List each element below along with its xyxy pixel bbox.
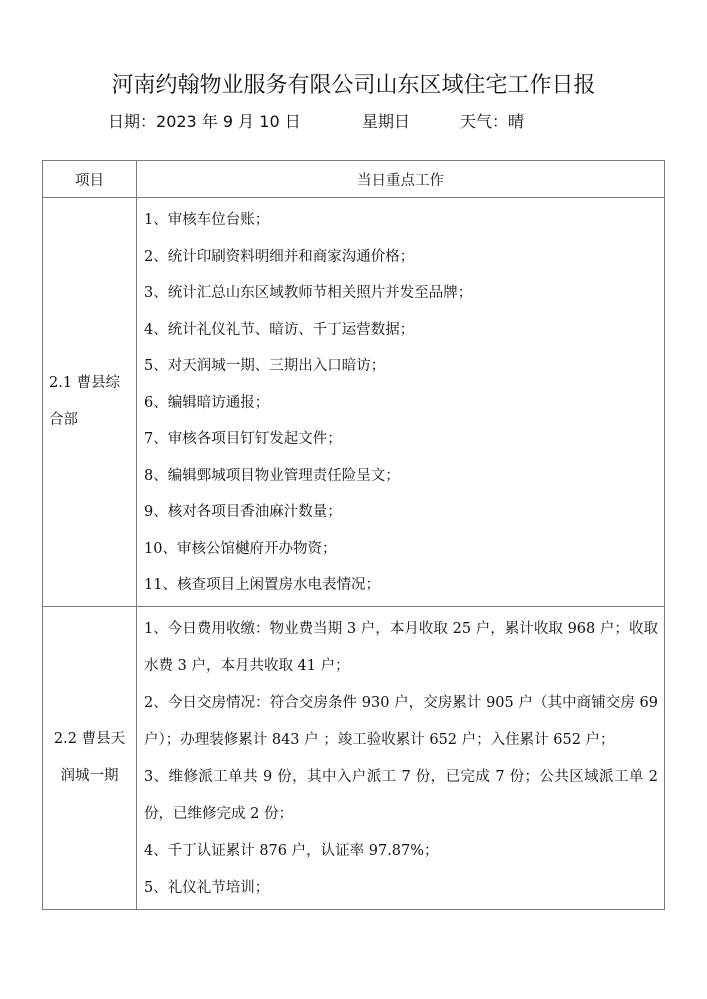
report-date: 日期：2023 年 9 月 10 日 bbox=[108, 109, 362, 132]
work-item: 6、编辑暗访通报； bbox=[144, 385, 664, 422]
work-item: 3、统计汇总山东区域教师节相关照片并发至品牌； bbox=[144, 275, 664, 312]
column-header-work: 当日重点工作 bbox=[137, 161, 665, 198]
project-cell: 2.1 曹县综合部 bbox=[43, 198, 137, 607]
work-item: 2、统计印刷资料明细并和商家沟通价格； bbox=[144, 239, 664, 276]
work-item: 4、千丁认证累计 876 户，认证率 97.87%； bbox=[144, 833, 664, 870]
report-title: 河南约翰物业服务有限公司山东区域住宅工作日报 bbox=[0, 68, 707, 99]
work-item: 5、礼仪礼节培训； bbox=[144, 870, 664, 907]
work-item: 5、对天润城一期、三期出入口暗访； bbox=[144, 348, 664, 385]
weather-label: 天气： bbox=[460, 112, 508, 131]
report-meta: 日期：2023 年 9 月 10 日 星期日 天气：晴 bbox=[108, 109, 524, 132]
work-item: 7、审核各项目钉钉发起文件； bbox=[144, 421, 664, 458]
work-item: 8、编辑鄄城项目物业管理责任险呈文； bbox=[144, 458, 664, 495]
report-weekday: 星期日 bbox=[362, 109, 460, 132]
table-row-section-1: 2.1 曹县综合部 1、审核车位台账； 2、统计印刷资料明细并和商家沟通价格； … bbox=[43, 198, 665, 607]
work-item: 11、核查项目上闲置房水电表情况； bbox=[144, 567, 664, 604]
date-label: 日期： bbox=[108, 112, 156, 131]
work-cell: 1、今日费用收缴：物业费当期 3 户，本月收取 25 户，累计收取 968 户；… bbox=[137, 606, 665, 909]
work-item: 4、统计礼仪礼节、暗访、千丁运营数据； bbox=[144, 312, 664, 349]
work-item: 9、核对各项目香油麻汁数量； bbox=[144, 494, 664, 531]
project-cell: 2.2 曹县天润城一期 bbox=[43, 606, 137, 909]
work-item: 3、维修派工单共 9 份，其中入户派工 7 份，已完成 7 份；公共区域派工单 … bbox=[144, 759, 664, 833]
daily-report-table: 项目 当日重点工作 2.1 曹县综合部 1、审核车位台账； 2、统计印刷资料明细… bbox=[42, 160, 665, 910]
work-item: 2、今日交房情况：符合交房条件 930 户，交房累计 905 户（其中商铺交房 … bbox=[144, 685, 664, 759]
work-item: 1、今日费用收缴：物业费当期 3 户，本月收取 25 户，累计收取 968 户；… bbox=[144, 611, 664, 685]
report-weather: 天气：晴 bbox=[460, 109, 524, 132]
work-item: 10、审核公馆樾府开办物资； bbox=[144, 531, 664, 568]
table-row-section-2: 2.2 曹县天润城一期 1、今日费用收缴：物业费当期 3 户，本月收取 25 户… bbox=[43, 606, 665, 909]
column-header-project: 项目 bbox=[43, 161, 137, 198]
weather-value: 晴 bbox=[508, 112, 524, 131]
date-value: 2023 年 9 月 10 日 bbox=[156, 112, 301, 131]
table-header-row: 项目 当日重点工作 bbox=[43, 161, 665, 198]
work-item: 1、审核车位台账； bbox=[144, 202, 664, 239]
work-cell: 1、审核车位台账； 2、统计印刷资料明细并和商家沟通价格； 3、统计汇总山东区域… bbox=[137, 198, 665, 607]
